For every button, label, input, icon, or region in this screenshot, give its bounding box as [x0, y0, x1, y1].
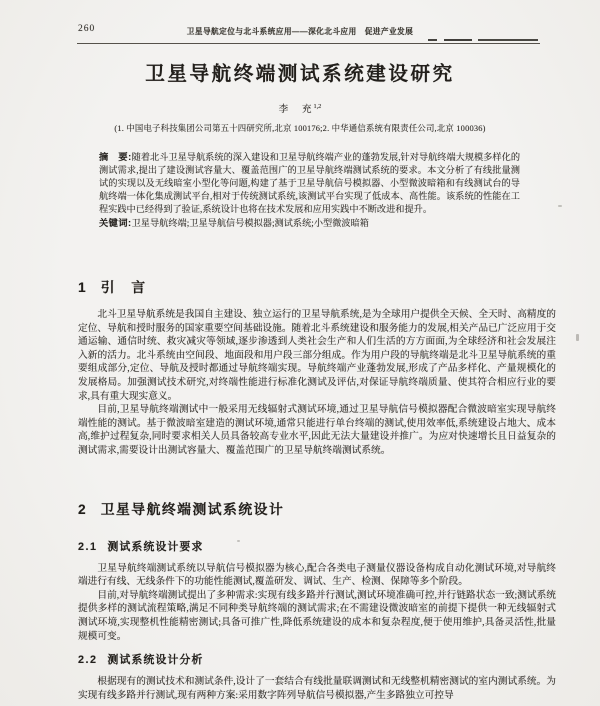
subsection-number: 2.1: [78, 541, 98, 553]
author-name: 李 充: [279, 104, 314, 115]
abstract-block: 摘 要:随着北斗卫星导航系统的深入建设和卫星导航终端产业的蓬勃发展,针对导航终端…: [99, 151, 520, 231]
scan-speck: [237, 540, 240, 542]
section-heading-2: 2卫星导航终端测试系统设计: [78, 502, 556, 518]
section-number: 1: [78, 280, 86, 295]
abstract-label: 摘 要:: [99, 152, 132, 162]
scan-speck: [527, 425, 530, 427]
author-affiliation: (1. 中国电子科技集团公司第五十四研究所,北京 100176;2. 中华通信系…: [0, 122, 600, 134]
scan-speck: [558, 205, 562, 207]
scan-smudge: [428, 39, 538, 41]
keywords-line: 关键词:卫星导航终端;卫星导航信号模拟器;测试系统;小型微波暗箱: [99, 217, 520, 230]
scan-speck: [576, 334, 579, 341]
abstract-paragraph: 摘 要:随着北斗卫星导航系统的深入建设和卫星导航终端产业的蓬勃发展,针对导航终端…: [99, 151, 520, 216]
keywords-label: 关键词:: [99, 218, 132, 228]
paragraph: 北斗卫星导航系统是我国自主建设、独立运行的卫星导航系统,是为全球用户提供全天候、…: [78, 308, 556, 403]
paragraph: 卫星导航终端测试系统以导航信号模拟器为核心,配合各类电子测量仪器设备构成自动化测…: [78, 562, 556, 589]
paragraph: 目前,卫星导航终端测试中一般采用无线辐射式测试环境,通过卫星导航信号模拟器配合微…: [78, 403, 556, 457]
keywords-text: 卫星导航终端;卫星导航信号模拟器;测试系统;小型微波暗箱: [132, 218, 369, 228]
subsection-title: 测试系统设计分析: [108, 654, 204, 666]
section-heading-1: 1引 言: [78, 280, 556, 296]
paper-body: 1引 言 北斗卫星导航系统是我国自主建设、独立运行的卫星导航系统,是为全球用户提…: [78, 280, 556, 702]
section-title: 卫星导航终端测试系统设计: [101, 502, 285, 517]
subsection-number: 2.2: [78, 654, 98, 666]
subsection-heading-2-2: 2.2测试系统设计分析: [78, 653, 556, 667]
scanned-paper-page: 260 卫星导航定位与北斗系统应用——深化北斗应用 促进产业发展 卫星导航终端测…: [0, 0, 600, 706]
author-line: 李 充1,2: [0, 101, 600, 115]
paragraph: 目前,对导航终端测试提出了多种需求:实现有线多路并行测试,测试环境准确可控,并行…: [78, 589, 556, 643]
section-number: 2: [78, 502, 86, 517]
section-title: 引 言: [101, 280, 147, 295]
paragraph: 根据现有的测试技术和测试条件,设计了一套结合有线批量联调测试和无线整机精密测试的…: [78, 675, 556, 702]
subsection-title: 测试系统设计要求: [108, 541, 204, 553]
running-header: 卫星导航定位与北斗系统应用——深化北斗应用 促进产业发展: [0, 26, 600, 37]
subsection-heading-2-1: 2.1测试系统设计要求: [78, 540, 556, 554]
abstract-text: 随着北斗卫星导航系统的深入建设和卫星导航终端产业的蓬勃发展,针对导航终端大规模多…: [99, 152, 520, 214]
author-superscript: 1,2: [313, 103, 321, 110]
paper-title: 卫星导航终端测试系统建设研究: [0, 58, 600, 86]
header-divider: [77, 43, 540, 44]
